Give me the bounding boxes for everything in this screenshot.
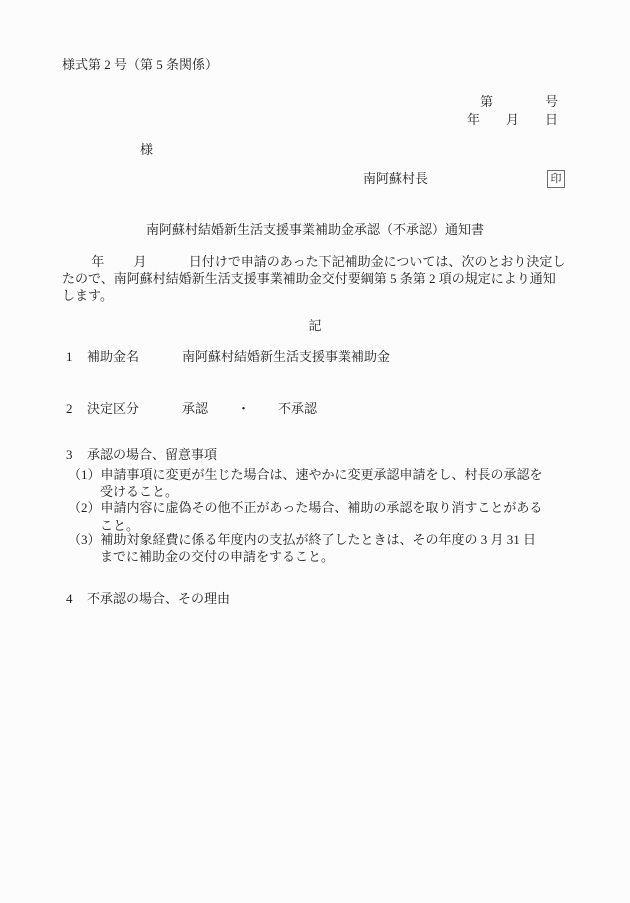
document-title: 南阿蘇村結婚新生活支援事業補助金承認（不承認）通知書 xyxy=(0,221,630,238)
ki-marker: 記 xyxy=(0,317,630,334)
addressee-honorific: 様 xyxy=(140,141,153,158)
decision-option-approve: 承認 xyxy=(182,401,208,416)
body-line-1: 年 月 日付けで申請のあった下記補助金については、次のとおり決定し xyxy=(62,253,565,270)
document-page: 様式第 2 号（第 5 条関係） 第 号 年 月 日 様 南阿蘇村長 印 南阿蘇… xyxy=(0,0,630,903)
item-number: 3 xyxy=(66,446,87,463)
item-number: 1 xyxy=(66,348,87,365)
item-disapproval-reason: 4不承認の場合、その理由 xyxy=(66,590,230,607)
item-label: 不承認の場合、その理由 xyxy=(87,591,230,606)
item-label: 承認の場合、留意事項 xyxy=(87,447,217,462)
body-line-3: します。 xyxy=(62,287,113,304)
decision-separator-dot: ・ xyxy=(237,401,250,416)
item-value: 南阿蘇村結婚新生活支援事業補助金 xyxy=(182,349,390,364)
note-line-1-cont: 受けること。 xyxy=(100,483,178,500)
item-label: 決定区分 xyxy=(87,400,182,417)
note-line-3: （3）補助対象経費に係る年度内の支払が終了したときは、その年度の 3 月 31 … xyxy=(68,531,536,548)
body-line-2: たので、南阿蘇村結婚新生活支援事業補助金交付要綱第 5 条第 2 項の規定により… xyxy=(62,270,556,287)
issuer-title: 南阿蘇村長 xyxy=(363,170,428,187)
note-line-2: （2）申請内容に虚偽その他不正があった場合、補助の承認を取り消すことがある xyxy=(68,499,542,516)
document-number-line: 第 号 xyxy=(480,93,558,110)
item-subsidy-name: 1補助金名南阿蘇村結婚新生活支援事業補助金 xyxy=(66,348,390,365)
seal-mark: 印 xyxy=(547,170,565,188)
item-approval-notes-heading: 3承認の場合、留意事項 xyxy=(66,446,217,463)
item-number: 2 xyxy=(66,400,87,417)
decision-option-reject: 不承認 xyxy=(278,401,317,416)
item-number: 4 xyxy=(66,590,87,607)
item-decision-category: 2決定区分承認・不承認 xyxy=(66,400,317,417)
date-line: 年 月 日 xyxy=(467,111,558,128)
item-label: 補助金名 xyxy=(87,348,182,365)
note-line-1: （1）申請事項に変更が生じた場合は、速やかに変更承認申請をし、村長の承認を xyxy=(68,466,543,483)
note-line-3-cont: までに補助金の交付の申請をすること。 xyxy=(100,548,334,565)
form-number-label: 様式第 2 号（第 5 条関係） xyxy=(62,56,218,73)
